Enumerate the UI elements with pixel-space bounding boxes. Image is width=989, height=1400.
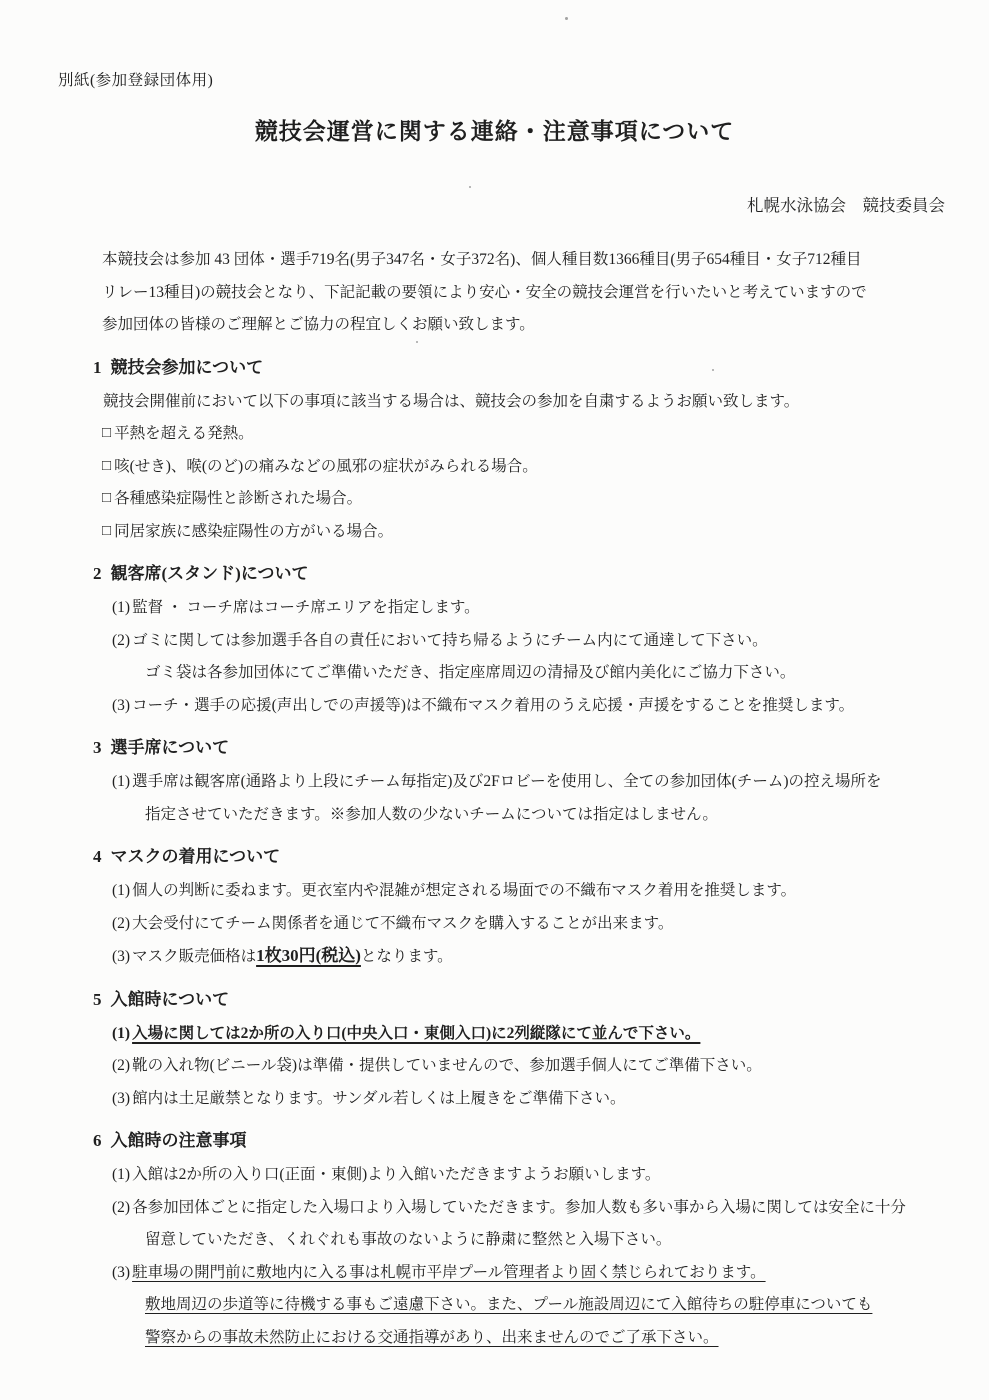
item-marker: (3) [112,1257,130,1290]
list-item: (1)監督 ・ コーチ席はコーチ席エリアを指定します。 [112,592,959,625]
section-heading: 2観客席(スタンド)について [93,556,959,592]
section-heading-text: 選手席について [111,738,230,757]
section-4: 4マスクの着用について (1)個人の判断に委ねます。更衣室内や混雑が想定される場… [93,839,959,974]
list-item-emphasized: (3)駐車場の開門前に敷地内に入る事は札幌市平岸プール管理者より固く禁じられてお… [112,1257,959,1290]
list-item: (1)個人の判断に委ねます。更衣室内や混雑が想定される場面での不織布マスク着用を… [112,875,959,908]
section-heading-text: 入館時について [111,990,230,1009]
section-number: 6 [93,1123,102,1159]
section-heading: 1競技会参加について [93,350,959,386]
item-marker: (1) [112,875,130,908]
list-item: (2)大会受付にてチーム関係者を通じて不織布マスクを購入することが出来ます。 [112,908,959,941]
scan-speck [469,186,471,188]
list-item: 競技会開催前において以下の事項に該当する場合は、競技会の参加を自粛するようお願い… [103,386,959,419]
item-text: 個人の判断に委ねます。更衣室内や混雑が想定される場面での不織布マスク着用を推奨し… [132,882,796,899]
section-heading: 4マスクの着用について [93,839,959,875]
item-continuation: 指定させていただきます。※参加人数の少ないチームについては指定はしません。 [145,799,959,832]
scan-speck [565,17,568,20]
section-number: 1 [93,350,102,386]
list-item-emphasized: (1)入場に関しては2か所の入り口(中央入口・東側入口)に2列縦隊にて並んで下さ… [112,1018,959,1051]
list-item: (2)ゴミに関しては参加選手各自の責任において持ち帰るようにチーム内にて通達して… [112,625,959,658]
item-text: 監督 ・ コーチ席はコーチ席エリアを指定します。 [132,599,480,616]
item-continuation: 敷地周辺の歩道等に待機する事もご遠慮下さい。また、プール施設周辺にて入館待ちの駐… [145,1289,959,1322]
section-5: 5入館時について (1)入場に関しては2か所の入り口(中央入口・東側入口)に2列… [93,982,959,1116]
section-6: 6入館時の注意事項 (1)入館は2か所の入り口(正面・東側)より入館いただきます… [93,1123,959,1354]
item-text: 各参加団体ごとに指定した入場口より入場していただきます。参加人数も多い事から入場… [132,1199,906,1216]
scan-speck [712,369,714,371]
item-text: 大会受付にてチーム関係者を通じて不織布マスクを購入することが出来ます。 [132,915,673,932]
item-text: 入場に関しては2か所の入り口(中央入口・東側入口)に2列縦隊にて並んで下さい。 [132,1025,700,1042]
item-marker: (1) [112,1018,130,1051]
document-page: 別紙(参加登録団体用) 競技会運営に関する連絡・注意事項について 札幌水泳協会 … [0,0,989,1400]
list-item: (3)コーチ・選手の応援(声出しでの声援等)は不織布マスク着用のうえ応援・声援を… [112,690,959,723]
intro-line: リレー13種目)の競技会となり、下記記載の要領により安心・安全の競技会運営を行い… [102,277,949,310]
section-number: 5 [93,982,102,1018]
item-marker: (1) [112,1159,130,1192]
item-marker: (3) [112,1083,130,1116]
item-text: 平熱を超える発熱。 [114,425,254,442]
item-text: 咳(せき)、喉(のど)の痛みなどの風邪の症状がみられる場合。 [114,458,538,475]
section-heading: 6入館時の注意事項 [93,1123,959,1159]
section-3: 3選手席について (1)選手席は観客席(通路より上段にチーム毎指定)及び2Fロビ… [93,730,959,831]
item-text: ゴミに関しては参加選手各自の責任において持ち帰るようにチーム内にて通達して下さい… [132,632,768,649]
item-marker: (2) [112,625,130,658]
item-marker: (1) [112,766,130,799]
item-text: 同居家族に感染症陽性の方がいる場合。 [114,523,393,540]
intro-line: 参加団体の皆様のご理解とご協力の程宜しくお願い致します。 [102,309,949,342]
section-number: 2 [93,556,102,592]
list-item: (2)各参加団体ごとに指定した入場口より入場していただきます。参加人数も多い事か… [112,1192,959,1225]
section-number: 3 [93,730,102,766]
item-text: 靴の入れ物(ビニール袋)は準備・提供していませんので、参加選手個人にてご準備下さ… [132,1057,762,1074]
doc-header-label: 別紙(参加登録団体用) [58,70,989,92]
item-marker: (2) [112,1050,130,1083]
list-item: (1)選手席は観客席(通路より上段にチーム毎指定)及び2Fロビーを使用し、全ての… [112,766,959,799]
scan-speck [416,341,418,343]
price-emphasis: 1枚30円(税込) [256,946,361,965]
checkbox-icon: □ [102,417,111,450]
intro-paragraph: 本競技会は参加 43 団体・選手719名(男子347名・女子372名)、個人種目… [102,244,949,342]
checkbox-icon: □ [102,450,111,483]
item-marker: (3) [112,941,130,974]
list-item: (2)靴の入れ物(ビニール袋)は準備・提供していませんので、参加選手個人にてご準… [112,1050,959,1083]
section-heading-text: 競技会参加について [111,358,264,377]
list-item: (3)館内は土足厳禁となります。サンダル若しくは上履きをご準備下さい。 [112,1083,959,1116]
item-text: マスク販売価格は [132,948,256,965]
list-item: □平熱を超える発熱。 [102,418,959,451]
section-2: 2観客席(スタンド)について (1)監督 ・ コーチ席はコーチ席エリアを指定しま… [93,556,959,722]
item-marker: (2) [112,1192,130,1225]
item-text: となります。 [361,948,453,965]
item-text: 入館は2か所の入り口(正面・東側)より入館いただきますようお願いします。 [132,1166,660,1183]
sections: 1競技会参加について 競技会開催前において以下の事項に該当する場合は、競技会の参… [93,350,959,1355]
checkbox-icon: □ [102,515,111,548]
item-text: 駐車場の開門前に敷地内に入る事は札幌市平岸プール管理者より固く禁じられております… [132,1264,766,1281]
item-text: コーチ・選手の応援(声出しでの声援等)は不織布マスク着用のうえ応援・声援をするこ… [132,697,854,714]
list-item: (3)マスク販売価格は1枚30円(税込)となります。 [112,940,959,974]
item-marker: (3) [112,690,130,723]
item-text: 選手席は観客席(通路より上段にチーム毎指定)及び2Fロビーを使用し、全ての参加団… [132,773,881,790]
list-item: □同居家族に感染症陽性の方がいる場合。 [102,516,959,549]
section-heading: 5入館時について [93,982,959,1018]
item-marker: (2) [112,908,130,941]
item-continuation: ゴミ袋は各参加団体にてご準備いただき、指定座席周辺の清掃及び館内美化にご協力下さ… [145,657,959,690]
section-number: 4 [93,839,102,875]
intro-line: 本競技会は参加 43 団体・選手719名(男子347名・女子372名)、個人種目… [102,244,949,277]
list-item: □咳(せき)、喉(のど)の痛みなどの風邪の症状がみられる場合。 [102,451,959,484]
item-continuation: 留意していただき、くれぐれも事故のないように静粛に整然と入場下さい。 [145,1224,959,1257]
list-item: □各種感染症陽性と診断された場合。 [102,483,959,516]
checkbox-icon: □ [102,482,111,515]
item-continuation: 警察からの事故未然防止における交通指導があり、出来ませんのでご了承下さい。 [145,1322,959,1355]
list-item: (1)入館は2か所の入り口(正面・東側)より入館いただきますようお願いします。 [112,1159,959,1192]
byline: 札幌水泳協会 競技委員会 [0,194,989,218]
doc-title: 競技会運営に関する連絡・注意事項について [0,116,989,148]
item-marker: (1) [112,592,130,625]
item-text: 各種感染症陽性と診断された場合。 [114,490,362,507]
section-1: 1競技会参加について 競技会開催前において以下の事項に該当する場合は、競技会の参… [93,350,959,549]
section-heading: 3選手席について [93,730,959,766]
section-heading-text: 観客席(スタンド)について [111,564,309,583]
section-heading-text: マスクの着用について [111,847,281,866]
section-heading-text: 入館時の注意事項 [111,1131,247,1150]
item-text: 館内は土足厳禁となります。サンダル若しくは上履きをご準備下さい。 [132,1090,625,1107]
